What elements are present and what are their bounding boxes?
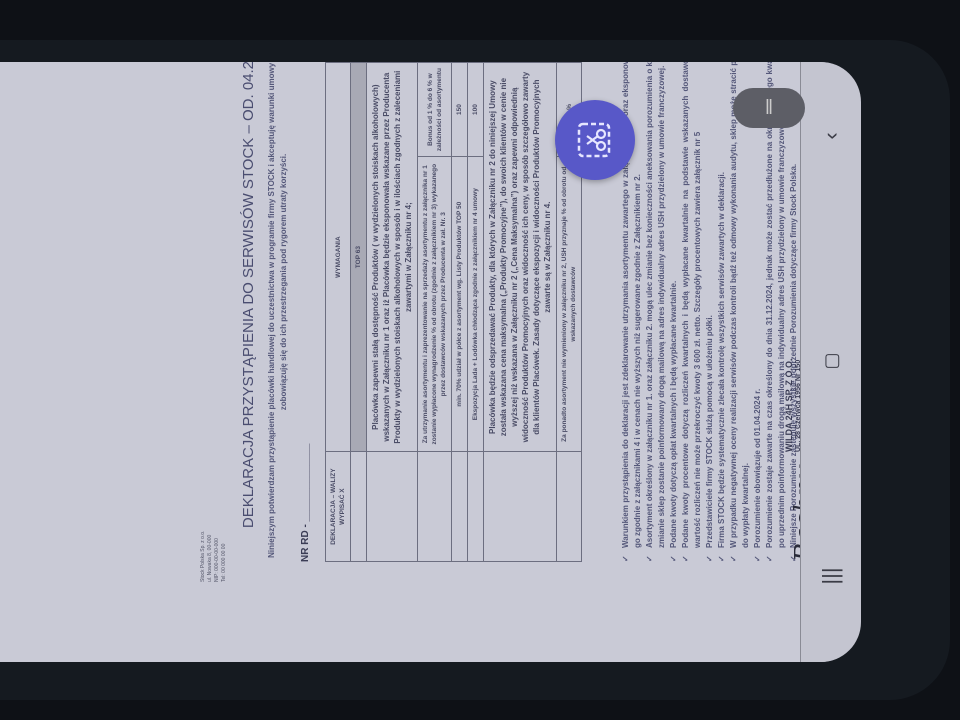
table-header-requirements: WYMAGANIA [326, 63, 351, 452]
table-row: Placówka będzie odsprzedawać Produkty, d… [484, 63, 557, 562]
requirement-cell: Za utrzymanie asortymentu i zaprezentowa… [418, 157, 452, 452]
android-navbar: ‹ ▢ ||| [800, 62, 861, 662]
nr-rd-text: NR RD - [300, 521, 311, 562]
bonus-cell: 150 [452, 63, 468, 157]
table-row: Za utrzymanie asortymentu i zaprezentowa… [418, 63, 452, 562]
condition-item: Porozumienie obowiązuje od 01.04.2024 r. [752, 62, 764, 562]
condition-item: Porozumienie zostaje zawarte na czas okr… [764, 62, 788, 562]
home-square-icon[interactable]: ▢ [817, 347, 845, 375]
document-title: DEKLARACJA PRZYSTĄPIENIA DO SERWISÓW STO… [240, 62, 257, 582]
table-row: min. 70% udział w półce z asortyment wg.… [452, 63, 468, 562]
requirement-cell: Placówka zapewni stałą dostępność Produk… [367, 63, 418, 452]
company-address: Stock Polska Sp. z o.o. ul. Nowaka 8, 00… [200, 531, 228, 582]
address-line: Tel: 00 000 00 00 [221, 531, 228, 582]
conditions-list: Warunkiem przystąpienia do deklaracji je… [620, 62, 800, 562]
bonus-cell: 100 [468, 63, 484, 157]
back-chevron-icon[interactable]: ‹ [817, 122, 845, 150]
screenshot-crop-button[interactable] [555, 100, 635, 180]
requirements-table: DEKLARACJA – WALIZY WYPISAĆ XWYMAGANIA T… [325, 62, 582, 562]
table-section: TOP 63 [351, 63, 367, 452]
condition-item: Podane kwoty procentowe dotyczą rozlicze… [680, 62, 704, 562]
requirement-cell: min. 70% udział w półce z asortyment wg.… [452, 157, 468, 452]
table-header-declaration: DEKLARACJA – WALIZY WYPISAĆ X [326, 452, 351, 562]
condition-item: Przedstawiciele firmy STOCK służą pomocą… [704, 62, 716, 562]
recents-lines-icon[interactable]: ||| [817, 562, 845, 590]
condition-item: Firma STOCK będzie systematycznie zlecał… [716, 62, 728, 562]
requirement-cell: Placówka będzie odsprzedawać Produkty, d… [484, 63, 557, 452]
address-line: ul. Nowaka 8, 00-000 [207, 531, 214, 582]
document-page: Stock Polska Sp. z o.o. ul. Nowaka 8, 00… [200, 62, 860, 582]
phone-screen: Stock Polska Sp. z o.o. ul. Nowaka 8, 00… [0, 62, 860, 662]
condition-item: W przypadku negatywnej oceny realizacji … [728, 62, 752, 562]
nr-rd-label: NR RD - ______________ [300, 444, 311, 562]
address-line: Stock Polska Sp. z o.o. [200, 531, 207, 582]
requirement-cell: Za ponadto asortyment nie wymieniony w z… [557, 157, 582, 452]
address-line: NIP: 000-00-00-000 [214, 531, 221, 582]
pause-handle-icon[interactable]: ‖ [733, 88, 805, 128]
intro-text: Niniejszym potwierdzam przystąpienie pla… [266, 62, 290, 562]
scissors-crop-icon [575, 120, 615, 160]
table-row: Placówka zapewni stałą dostępność Produk… [367, 63, 418, 562]
condition-item: Podane kwoty dotyczą opłat kwartalnych i… [668, 62, 680, 562]
stamp-line: WILDA 24H SP. Z O.O. [785, 358, 794, 452]
condition-item: Asortyment określony w załączniku nr 1. … [644, 62, 668, 562]
bonus-cell: Bonus od 1 % do 6 % w zależności od asor… [418, 63, 452, 157]
table-row: Ekspozycja Lada + Lodówka chłodząca zgod… [468, 63, 484, 562]
requirement-cell: Ekspozycja Lada + Lodówka chłodząca zgod… [468, 157, 484, 452]
